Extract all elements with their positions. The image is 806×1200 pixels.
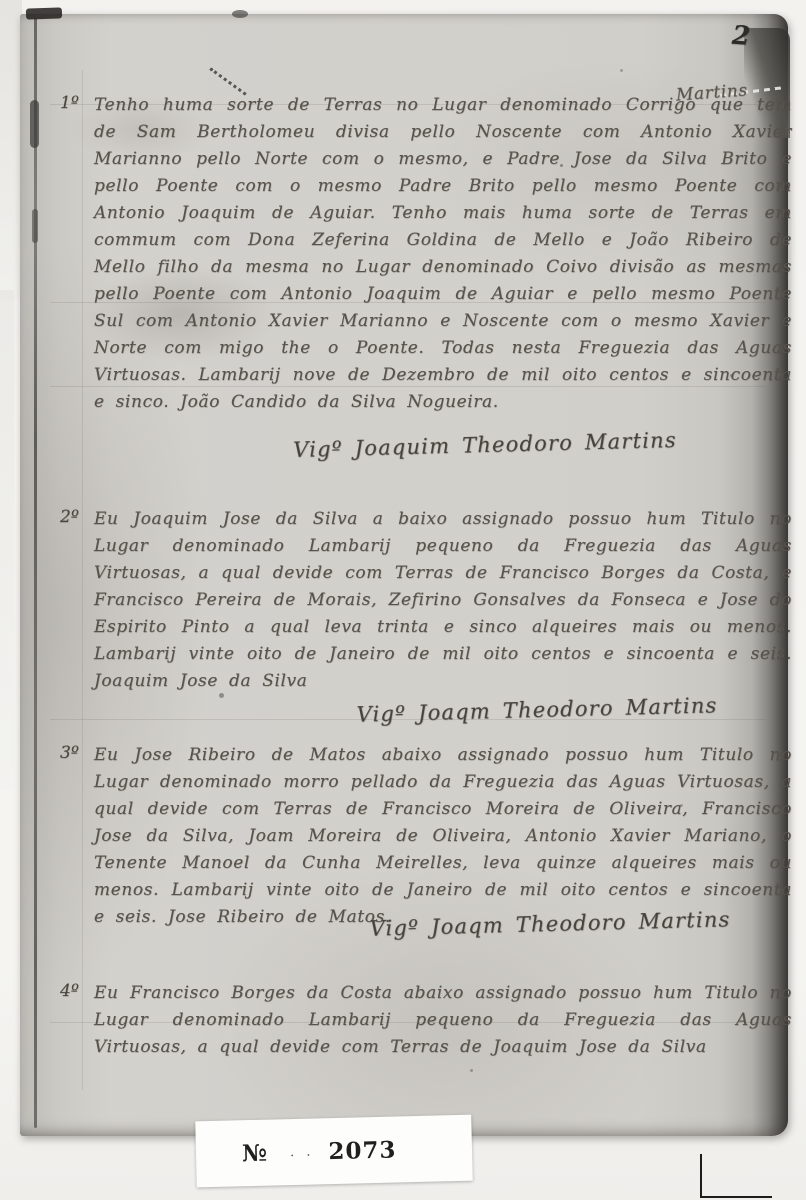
- numero-symbol: №: [242, 1139, 269, 1167]
- register-entry-2: 2º Eu Joaquim Jose da Silva a baixo assi…: [94, 506, 792, 695]
- margin-rule-line: [82, 70, 83, 1090]
- ink-blot: [30, 100, 39, 148]
- vicar-signature: Vigº Joaquim Theodoro Martins: [265, 427, 705, 463]
- book-cover-edge: [26, 7, 62, 19]
- entry-number: 1º: [60, 93, 79, 113]
- register-entry-3: 3º Eu Jose Ribeiro de Matos abaixo assig…: [94, 742, 792, 931]
- entry-text: Tenho huma sorte de Terras no Lugar deno…: [94, 92, 792, 416]
- entry-number: 4º: [60, 981, 79, 1001]
- register-entry-4: 4º Eu Francisco Borges da Costa abaixo a…: [94, 980, 792, 1061]
- entry-text: Eu Joaquim Jose da Silva a baixo assigna…: [94, 506, 792, 695]
- page-number: 2: [731, 21, 773, 54]
- stain-mark: [232, 10, 248, 18]
- scanned-document: { "colors": { "paper": "#cfcdc8", "ink":…: [0, 0, 806, 1200]
- scanner-bed-streak: [0, 0, 22, 300]
- register-entry-1: 1º Tenho huma sorte de Terras no Lugar d…: [94, 92, 792, 416]
- entry-number: 3º: [60, 743, 79, 763]
- archive-number: 2073: [328, 1136, 397, 1165]
- entry-text: Eu Jose Ribeiro de Matos abaixo assignad…: [94, 742, 792, 931]
- manuscript-page: 2 Martins 1º Tenho huma sorte de Terras …: [20, 14, 788, 1136]
- corner-crop-mark: [700, 1154, 772, 1198]
- scanner-bed-streak: [0, 290, 14, 790]
- vicar-signature: Vigº Joaqm Theodoro Martins: [317, 692, 757, 728]
- binding-fold-line: [34, 18, 37, 1128]
- archive-number-slip: № . . 2073: [195, 1115, 473, 1188]
- ink-blot: [32, 209, 38, 243]
- stamp-dots: . .: [290, 1144, 315, 1160]
- entry-text: Eu Francisco Borges da Costa abaixo assi…: [94, 980, 792, 1061]
- entry-number: 2º: [60, 507, 79, 527]
